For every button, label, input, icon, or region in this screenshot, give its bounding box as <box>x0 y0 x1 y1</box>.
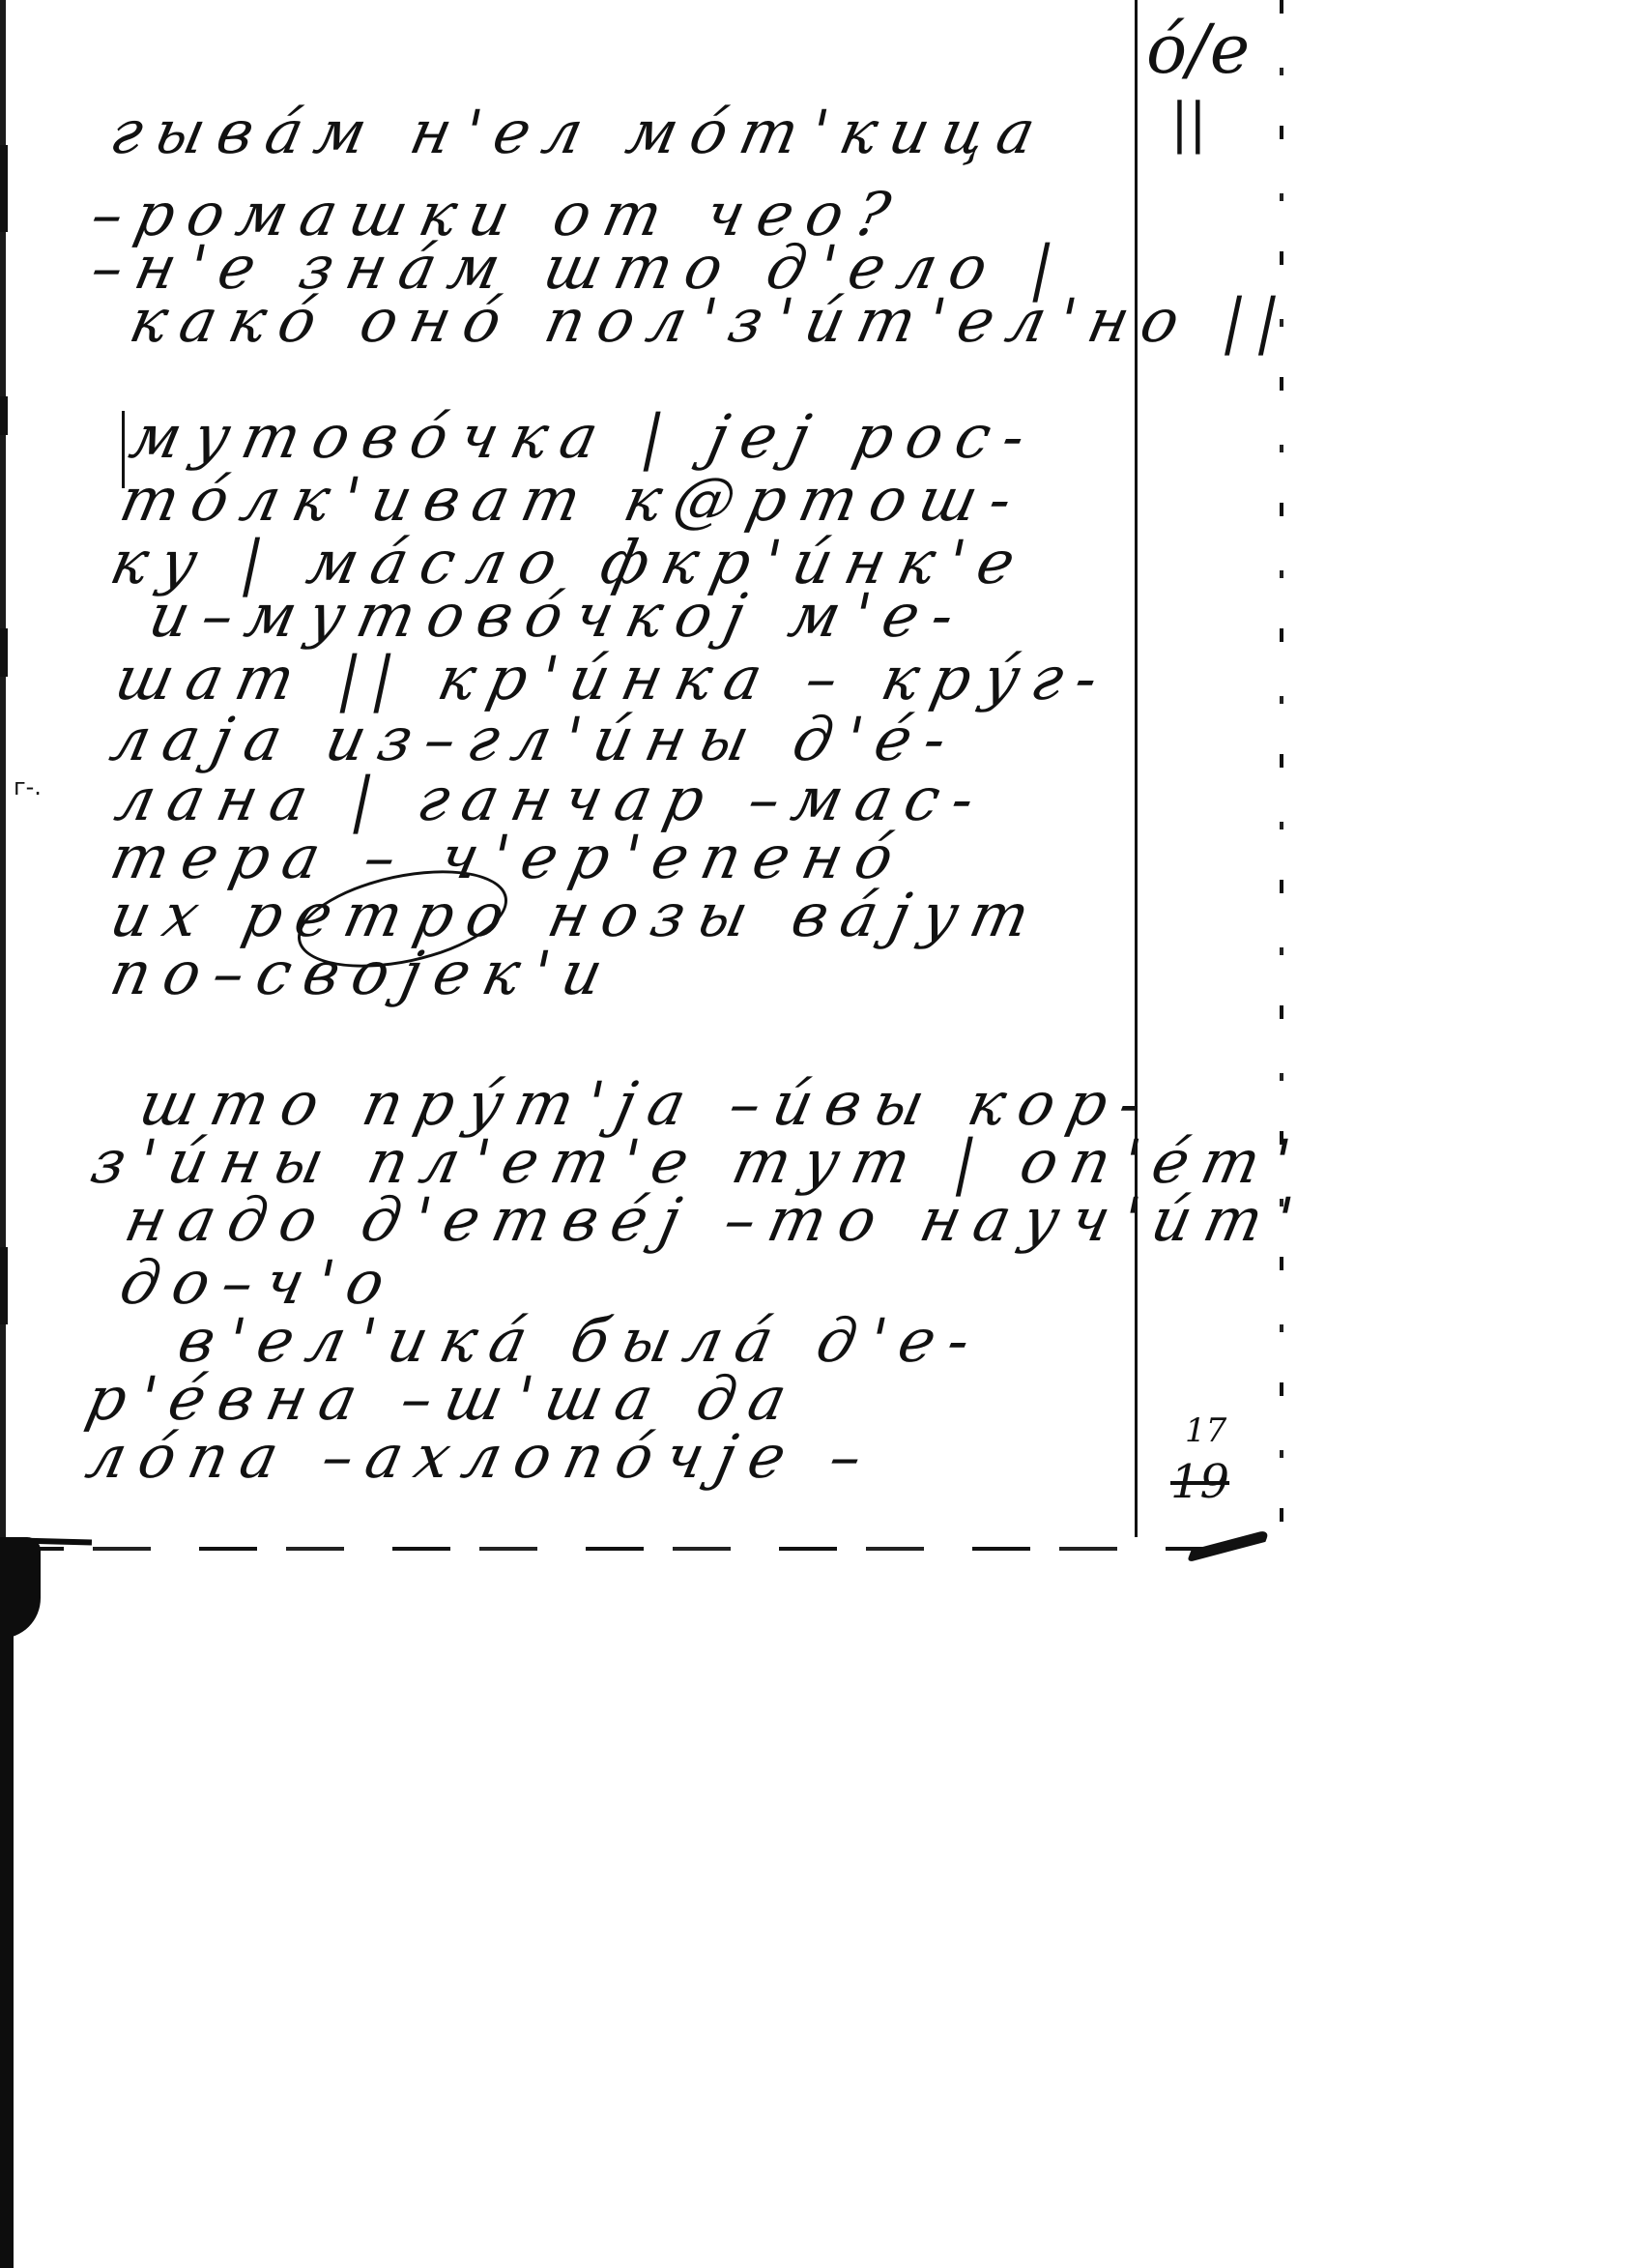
scan-edge-mark <box>0 396 8 435</box>
page-number-crossed-out: 19 <box>1170 1455 1229 1509</box>
text-line-21: ло́па –ахлопо́чје – <box>80 1421 881 1492</box>
top-right-mark: о́/е <box>1146 10 1250 89</box>
scan-edge-mark <box>0 145 8 232</box>
page-right-edge <box>1280 0 1283 1527</box>
manuscript-page: г-. о́/е || гыва́м н'ел мо́т'кица –ромаш… <box>0 0 1291 1552</box>
page-bottom-edge <box>6 1547 1253 1551</box>
text-line-4: како́ оно́ пол'з'и́т'ел'но || <box>124 285 1299 356</box>
paragraph-bracket-mark <box>122 411 125 488</box>
margin-rule-line <box>1135 0 1138 1537</box>
page-number: 17 <box>1185 1411 1226 1450</box>
scan-edge-mark <box>0 628 8 677</box>
ink-blot <box>1187 1529 1271 1563</box>
scan-shadow-strip <box>0 1542 14 2268</box>
text-line-17: надо д'етве́ј –то науч'и́т' <box>119 1184 1312 1255</box>
left-margin-mark: г-. <box>14 773 42 800</box>
scan-edge-mark <box>0 1247 8 1324</box>
text-line-6: то́лк'иваm к@ртош- <box>114 464 1031 535</box>
top-right-sub-mark: || <box>1170 92 1207 155</box>
text-line-5: мутово́чка | јеј рос- <box>124 401 1045 472</box>
text-line-8: и–мутово́чкој м'е- <box>143 580 973 651</box>
text-line-1: гыва́м н'ел мо́т'кица <box>104 97 1054 167</box>
text-line-14: по–својек'и <box>104 938 622 1008</box>
